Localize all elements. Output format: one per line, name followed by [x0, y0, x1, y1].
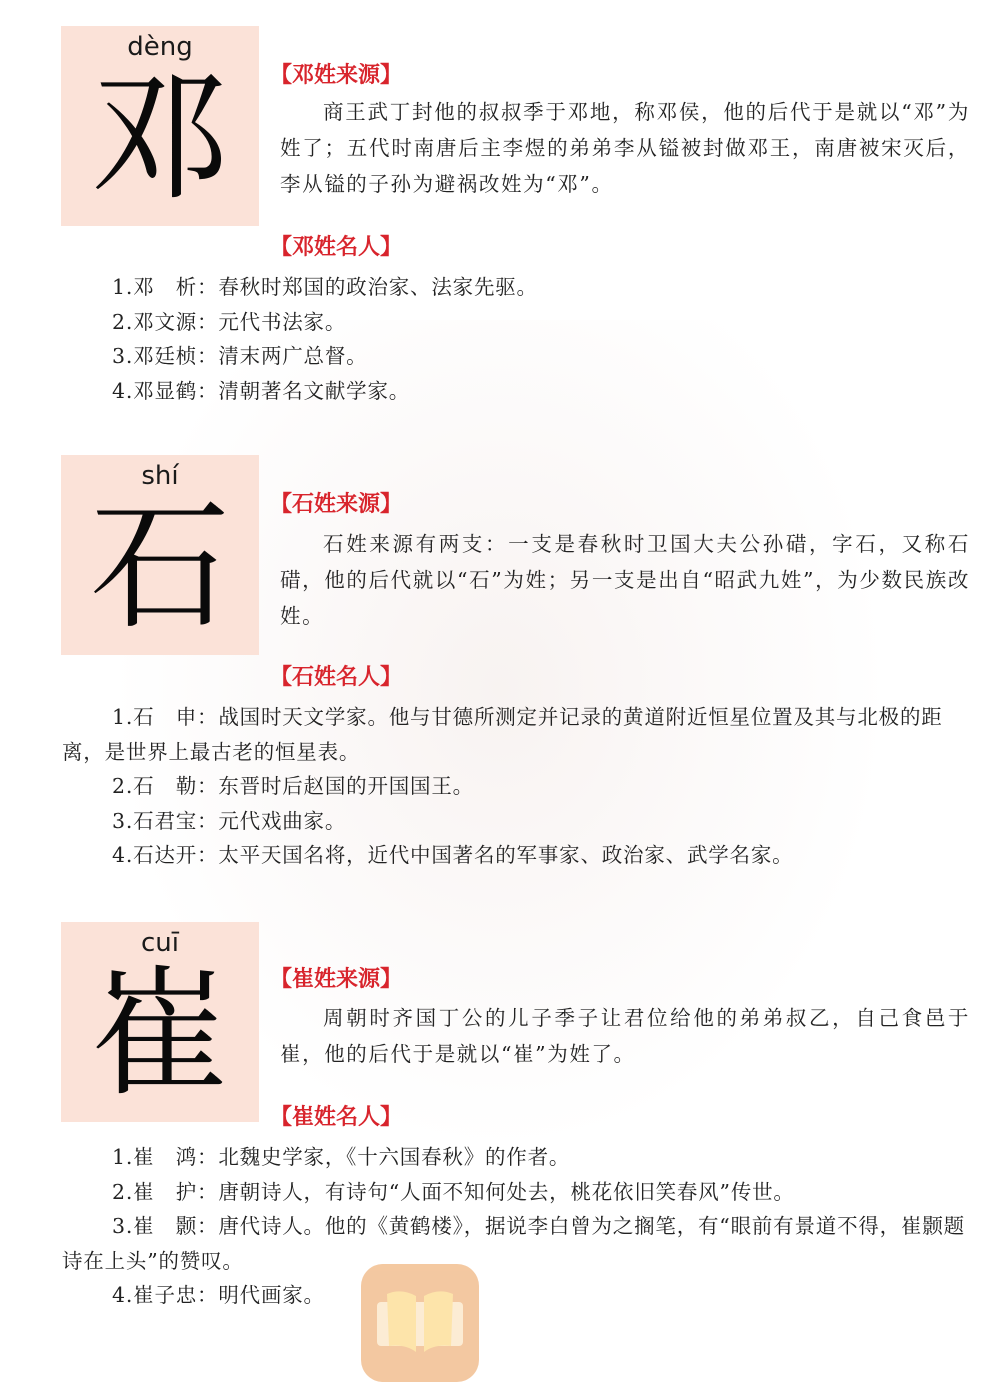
list-item: 2.邓文源：元代书法家。 — [62, 305, 972, 340]
people-heading: 【崔姓名人】 — [270, 1100, 402, 1131]
list-item: 2.石 勒：东晋时后赵国的开国国王。 — [62, 769, 972, 804]
surname-card-deng: dèng 邓 — [61, 26, 259, 226]
open-book-icon — [361, 1264, 479, 1382]
people-heading: 【邓姓名人】 — [270, 230, 402, 261]
surname-card-shi: shí 石 — [61, 455, 259, 655]
people-list: 1.邓 析：春秋时郑国的政治家、法家先驱。 2.邓文源：元代书法家。 3.邓廷桢… — [62, 270, 972, 408]
list-item: 3.石君宝：元代戏曲家。 — [62, 804, 972, 839]
origin-text: 石姓来源有两支：一支是春秋时卫国大夫公孙碏，字石，又称石碏，他的后代就以“石”为… — [280, 526, 970, 634]
origin-text: 商王武丁封他的叔叔季于邓地，称邓侯，他的后代于是就以“邓”为姓了；五代时南唐后主… — [280, 94, 970, 202]
list-item: 1.崔 鸿：北魏史学家，《十六国春秋》的作者。 — [62, 1140, 972, 1175]
surname-character: 邓 — [61, 64, 259, 214]
origin-heading: 【邓姓来源】 — [270, 58, 402, 89]
list-item: 3.崔 颢：唐代诗人。他的《黄鹤楼》，据说李白曾为之搁笔，有“眼前有景道不得，崔… — [62, 1209, 972, 1278]
reader-app-button[interactable] — [361, 1264, 479, 1382]
list-item: 4.石达开：太平天国名将，近代中国著名的军事家、政治家、武学名家。 — [62, 838, 972, 873]
list-item: 1.石 申：战国时天文学家。他与甘德所测定并记录的黄道附近恒星位置及其与北极的距… — [62, 700, 972, 769]
surname-character: 崔 — [61, 960, 259, 1110]
people-list: 1.石 申：战国时天文学家。他与甘德所测定并记录的黄道附近恒星位置及其与北极的距… — [62, 700, 972, 873]
surname-card-cui: cuī 崔 — [61, 922, 259, 1122]
origin-heading: 【崔姓来源】 — [270, 962, 402, 993]
surname-character: 石 — [61, 493, 259, 643]
origin-heading: 【石姓来源】 — [270, 487, 402, 518]
people-heading: 【石姓名人】 — [270, 660, 402, 691]
list-item: 2.崔 护：唐朝诗人，有诗句“人面不知何处去，桃花依旧笑春风”传世。 — [62, 1175, 972, 1210]
list-item: 3.邓廷桢：清末两广总督。 — [62, 339, 972, 374]
people-list: 1.崔 鸿：北魏史学家，《十六国春秋》的作者。 2.崔 护：唐朝诗人，有诗句“人… — [62, 1140, 972, 1313]
list-item: 4.崔子忠：明代画家。 — [62, 1278, 972, 1313]
list-item: 1.邓 析：春秋时郑国的政治家、法家先驱。 — [62, 270, 972, 305]
origin-text: 周朝时齐国丁公的儿子季子让君位给他的弟弟叔乙，自己食邑于崔，他的后代于是就以“崔… — [280, 1000, 970, 1072]
list-item: 4.邓显鹤：清朝著名文献学家。 — [62, 374, 972, 409]
